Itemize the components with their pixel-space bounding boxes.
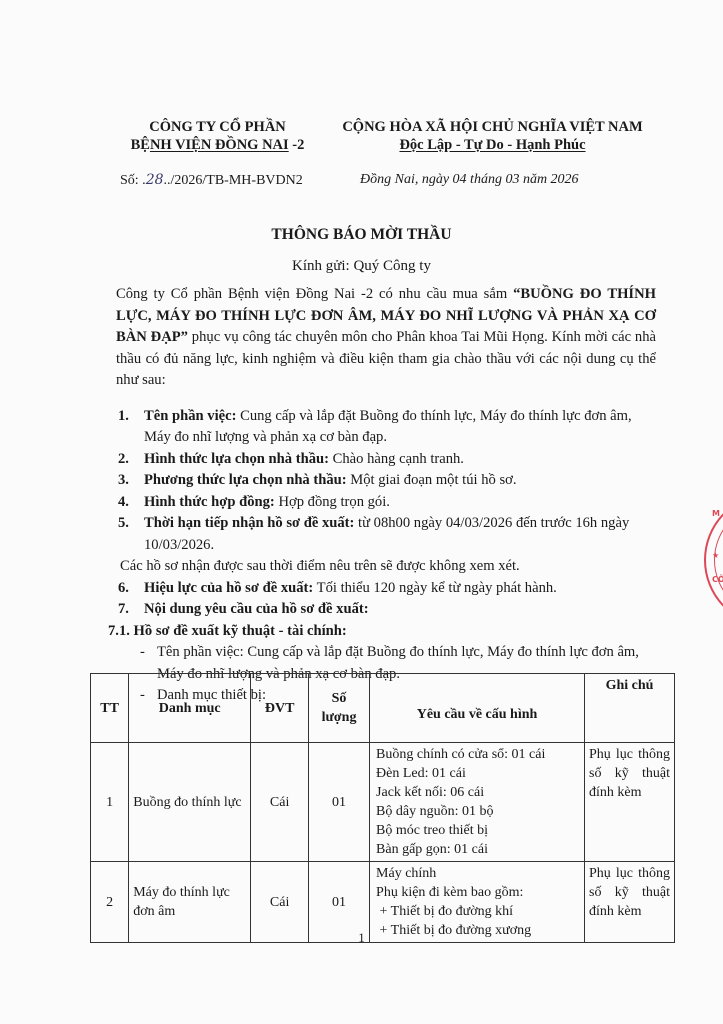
config-line: Bộ móc treo thiết bị bbox=[376, 821, 580, 840]
issuer-line-1: CÔNG TY CỔ PHẦN bbox=[95, 118, 340, 136]
config-line: Bộ dây nguồn: 01 bộ bbox=[376, 802, 580, 821]
col-header-note: Ghi chú bbox=[585, 674, 675, 743]
document-number: Số: .28../2026/TB-MH-BVDN2 bbox=[120, 172, 303, 189]
equipment-table: TT Danh mục ĐVT Số lượng Yêu cầu về cấu … bbox=[90, 673, 675, 943]
document-header: CÔNG TY CỔ PHẦN BỆNH VIỆN ĐỒNG NAI -2 CỘ… bbox=[0, 118, 723, 198]
config-line: Bàn gấp gọn: 01 cái bbox=[376, 840, 580, 859]
page-number: 1 bbox=[0, 930, 723, 946]
cell-unit: Cái bbox=[251, 743, 309, 862]
cell-name: Buồng đo thính lực bbox=[129, 743, 251, 862]
config-line: Jack kết nối: 06 cái bbox=[376, 783, 580, 802]
handwritten-number: 28 bbox=[146, 172, 164, 188]
cell-note: Phụ lục thông số kỹ thuật đính kèm bbox=[585, 743, 675, 862]
cell-config: Buồng chính có cửa sổ: 01 cáiĐèn Led: 01… bbox=[370, 743, 585, 862]
requirements-list-continued: 6.Hiệu lực của hồ sơ đề xuất: Tối thiểu … bbox=[116, 578, 656, 621]
issuer-line-2: BỆNH VIỆN ĐỒNG NAI -2 bbox=[95, 136, 340, 154]
config-line: Buồng chính có cửa sổ: 01 cái bbox=[376, 745, 580, 764]
national-title: CỘNG HÒA XÃ HỘI CHỦ NGHĨA VIỆT NAM bbox=[325, 118, 660, 136]
document-title: THÔNG BÁO MỜI THẦU bbox=[0, 226, 723, 244]
list-item: 2.Hình thức lựa chọn nhà thầu: Chào hàng… bbox=[116, 449, 656, 471]
table-header-row: TT Danh mục ĐVT Số lượng Yêu cầu về cấu … bbox=[91, 674, 675, 743]
intro-paragraph: Công ty Cổ phần Bệnh viện Đồng Nai -2 có… bbox=[116, 284, 656, 392]
config-line: Phụ kiện đi kèm bao gồm: bbox=[376, 883, 580, 902]
config-line: + Thiết bị đo đường khí bbox=[376, 902, 580, 921]
company-seal-stamp: M ★ CÔNG bbox=[704, 493, 723, 627]
col-header-qty: Số lượng bbox=[309, 674, 370, 743]
cell-tt: 1 bbox=[91, 743, 129, 862]
document-page: CÔNG TY CỔ PHẦN BỆNH VIỆN ĐỒNG NAI -2 CỘ… bbox=[0, 0, 723, 1024]
list-item: 4.Hình thức hợp đồng: Hợp đồng trọn gói. bbox=[116, 492, 656, 514]
list-item: 3.Phương thức lựa chọn nhà thầu: Một gia… bbox=[116, 470, 656, 492]
col-header-config: Yêu cầu về cấu hình bbox=[370, 674, 585, 743]
late-submission-note: Các hồ sơ nhận được sau thời điểm nêu tr… bbox=[118, 556, 656, 578]
section-7-1-heading: 7.1. Hồ sơ đề xuất kỹ thuật - tài chính: bbox=[108, 621, 656, 643]
list-item: 7.Nội dung yêu cầu của hồ sơ đề xuất: bbox=[116, 599, 656, 621]
national-motto: Độc Lập - Tự Do - Hạnh Phúc bbox=[399, 137, 585, 153]
config-line: Máy chính bbox=[376, 864, 580, 883]
cell-qty: 01 bbox=[309, 743, 370, 862]
list-item: 5.Thời hạn tiếp nhận hồ sơ đề xuất: từ 0… bbox=[116, 513, 656, 556]
col-header-tt: TT bbox=[91, 674, 129, 743]
document-body: Công ty Cổ phần Bệnh viện Đồng Nai -2 có… bbox=[116, 284, 656, 707]
list-item: 1.Tên phần việc: Cung cấp và lắp đặt Buồ… bbox=[116, 406, 656, 449]
national-title-block: CỘNG HÒA XÃ HỘI CHỦ NGHĨA VIỆT NAM Độc L… bbox=[325, 118, 660, 154]
config-line: Đèn Led: 01 cái bbox=[376, 764, 580, 783]
col-header-name: Danh mục bbox=[129, 674, 251, 743]
table-row: 1Buồng đo thính lựcCái01Buồng chính có c… bbox=[91, 743, 675, 862]
requirements-list: 1.Tên phần việc: Cung cấp và lắp đặt Buồ… bbox=[116, 406, 656, 557]
list-item: 6.Hiệu lực của hồ sơ đề xuất: Tối thiểu … bbox=[116, 578, 656, 600]
greeting: Kính gửi: Quý Công ty bbox=[0, 258, 723, 275]
col-header-unit: ĐVT bbox=[251, 674, 309, 743]
issuer-block: CÔNG TY CỔ PHẦN BỆNH VIỆN ĐỒNG NAI -2 bbox=[95, 118, 340, 154]
document-date: Đồng Nai, ngày 04 tháng 03 năm 2026 bbox=[360, 172, 579, 188]
